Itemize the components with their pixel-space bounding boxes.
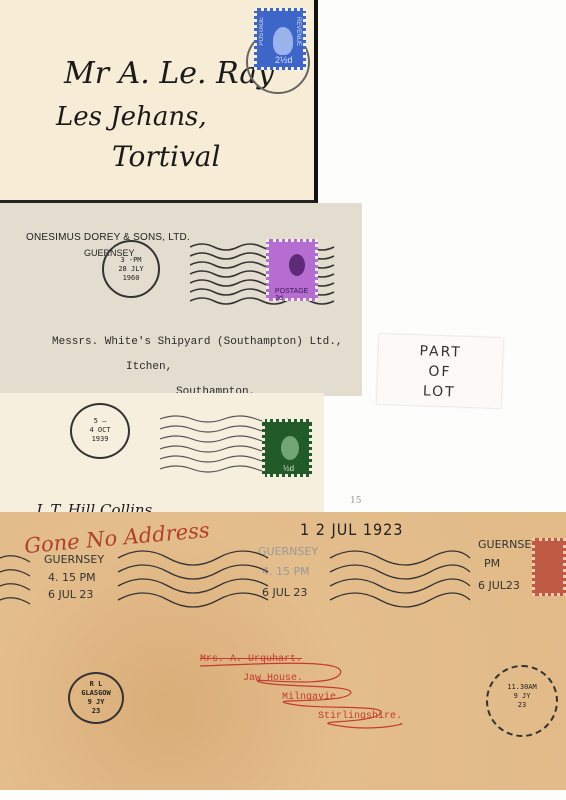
cancel-3-date: 6 JUL23 xyxy=(478,579,520,592)
note-line-3: LOT xyxy=(377,380,502,404)
cover-3-envelope: 5 — 4 OCT 1939 ½d J. T. Hill Collins ... xyxy=(0,393,324,525)
red-strike-squiggle xyxy=(200,662,420,737)
cover-4-envelope: 1 2 JUL 1923 Gone No Address GUERNSEY 4.… xyxy=(0,512,566,790)
cover-1-envelope: Mr A. Le. Ray Les Jehans, Tortival POSTA… xyxy=(0,0,318,203)
backstamp-month: JY xyxy=(96,698,104,706)
stamp-red-george-v xyxy=(532,538,566,596)
part-of-lot-note: PART OF LOT xyxy=(377,334,503,408)
postmark-date: 4 OCT xyxy=(72,426,128,435)
king-portrait-icon xyxy=(281,436,299,460)
machine-cancel-waves xyxy=(0,548,480,608)
receiving-date: 1 2 JUL 1923 xyxy=(300,520,403,539)
backstamp-milngavie: 11.30AM 9 JY 23 xyxy=(486,665,558,737)
backstamp-time: 11.30AM xyxy=(488,683,556,692)
address-line-3: Tortival xyxy=(112,140,220,173)
backstamp-glasgow: R L GLASGOW 9 JY 23 xyxy=(68,672,124,724)
stamp-right-label: REVENUE xyxy=(295,17,301,46)
queen-portrait-icon xyxy=(289,254,305,276)
address-line-1: Mr A. Le. Ray xyxy=(64,56,274,91)
pencil-note: 15 xyxy=(350,496,361,506)
postmark-time: 5 — xyxy=(72,417,128,426)
postmark-time: 3 -PM xyxy=(104,256,158,265)
backstamp-date: 9 JY xyxy=(488,692,556,701)
king-portrait-icon xyxy=(273,27,293,55)
stamp-value: ½d xyxy=(283,464,294,473)
postmark-circle: 5 — 4 OCT 1939 xyxy=(70,403,130,459)
stamp-green-halfpenny: ½d xyxy=(262,419,312,477)
backstamp-line-1: R L xyxy=(70,680,122,689)
postmark-year: 1939 xyxy=(72,435,128,444)
address-line-2: Les Jehans, xyxy=(56,102,207,132)
backstamp-line-2: GLASGOW xyxy=(70,689,122,698)
sender-name: ONESIMUS DOREY & SONS, LTD. xyxy=(26,232,190,243)
postmark-year: 1960 xyxy=(104,274,158,283)
stamp-label: POSTAGE 3d xyxy=(275,288,315,302)
address-line-1: Messrs. White's Shipyard (Southampton) L… xyxy=(52,336,342,348)
stamp-left-label: POSTAGE xyxy=(259,17,265,46)
stamp-lilac-3d: POSTAGE 3d xyxy=(266,239,318,301)
address-line-2: Itchen, xyxy=(126,361,172,373)
backstamp-day: 9 xyxy=(88,698,92,706)
backstamp-year: 23 xyxy=(70,707,122,716)
cover-2-envelope: ONESIMUS DOREY & SONS, LTD. GUERNSEY 3 -… xyxy=(0,203,362,396)
postmark-circle: 3 -PM 28 JLY 1960 xyxy=(102,240,160,298)
cancel-3-time: PM xyxy=(484,557,500,570)
cancel-3-town: GUERNSEY xyxy=(478,538,538,551)
backstamp-year: 23 xyxy=(488,701,556,710)
stamp-blue-2half: POSTAGE REVENUE 2½d xyxy=(254,8,306,70)
postmark-date: 28 JLY xyxy=(104,265,158,274)
stamp-value: 2½d xyxy=(275,55,293,65)
